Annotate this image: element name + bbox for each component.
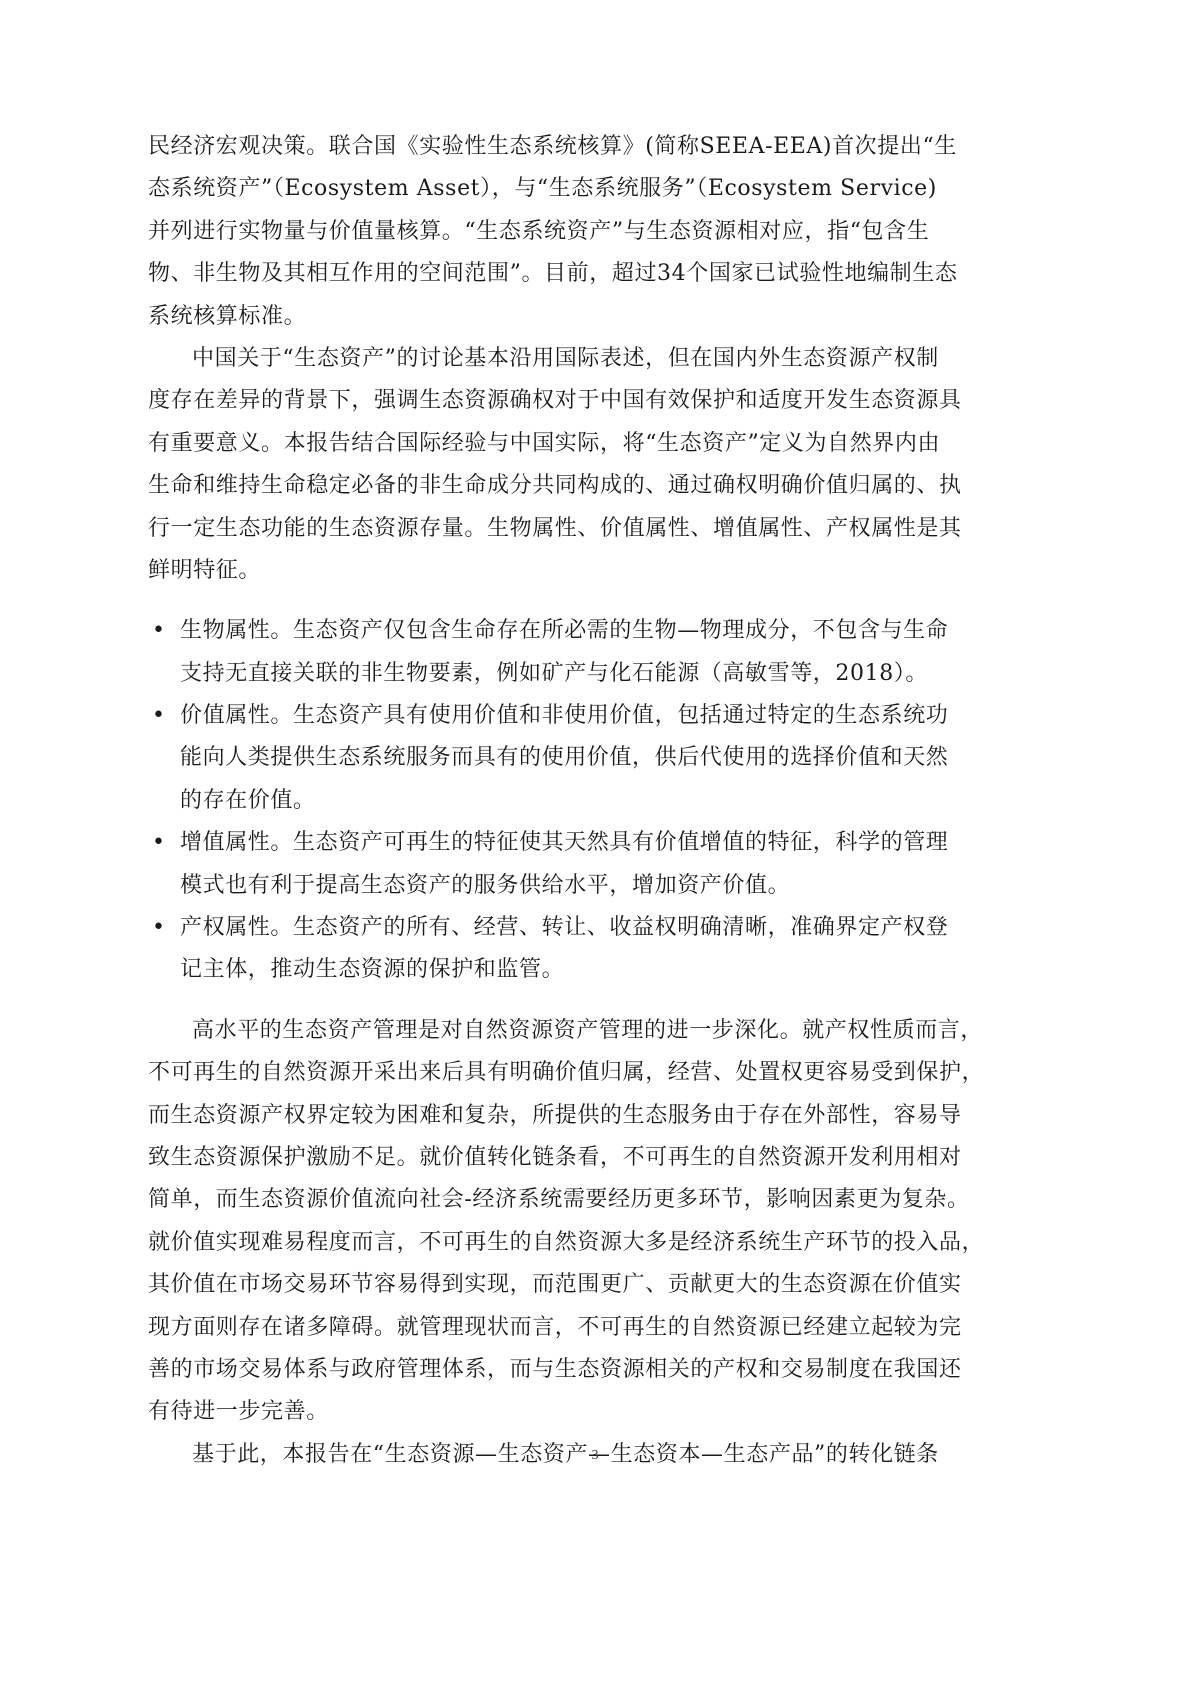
text-line: 能向人类提供生态系统服务而具有的使用价值，供后代使用的选择价值和天然 (148, 737, 964, 779)
text-line: 不可再生的自然资源开采出来后具有明确价值归属，经营、处置权更容易受到保护， (148, 1052, 964, 1094)
text-line: 产权属性。生态资产的所有、经营、转让、收益权明确清晰，准确界定产权登 (180, 915, 948, 940)
document-page: 民经济宏观决策。联合国《实验性生态系统核算》(简称SEEA-EEA)首次提出“生… (148, 126, 964, 1476)
text-line: 善的市场交易体系与政府管理体系，而与生态资源相关的产权和交易制度在我国还 (148, 1349, 964, 1391)
text-line: 行一定生态功能的生态资源存量。生物属性、价值属性、增值属性、产权属性是其 (148, 508, 964, 550)
text-line: 而生态资源产权界定较为困难和复杂，所提供的生态服务由于存在外部性，容易导 (148, 1095, 964, 1137)
text-line: 度存在差异的背景下，强调生态资源确权对于中国有效保护和适度开发生态资源具 (148, 380, 964, 422)
bullet-icon: • (152, 610, 166, 652)
text-line: 鲜明特征。 (148, 550, 964, 592)
text-line: 民经济宏观决策。联合国《实验性生态系统核算》(简称SEEA-EEA)首次提出“生 (148, 126, 964, 168)
spacer (148, 992, 964, 1010)
bullet-icon: • (152, 695, 166, 737)
page-number: 3 (0, 1448, 1190, 1464)
text-line: 高水平的生态资产管理是对自然资源资产管理的进一步深化。就产权性质而言， (148, 1010, 964, 1052)
paragraph-3: 高水平的生态资产管理是对自然资源资产管理的进一步深化。就产权性质而言， 不可再生… (148, 1010, 964, 1434)
text-line: 模式也有利于提高生态资产的服务供给水平，增加资产价值。 (148, 865, 964, 907)
text-line: 记主体，推动生态资源的保护和监管。 (148, 949, 964, 991)
bullet-item-value: • 价值属性。生态资产具有使用价值和非使用价值，包括通过特定的生态系统功 能向人… (148, 695, 964, 822)
text-line: 其价值在市场交易环节容易得到实现，而范围更广、贡献更大的生态资源在价值实 (148, 1264, 964, 1306)
bullet-item-property-rights: • 产权属性。生态资产的所有、经营、转让、收益权明确清晰，准确界定产权登 记主体… (148, 907, 964, 992)
bullet-icon: • (152, 907, 166, 949)
text-line: 价值属性。生态资产具有使用价值和非使用价值，包括通过特定的生态系统功 (180, 703, 948, 728)
text-line: 支持无直接关联的非生物要素，例如矿产与化石能源（高敏雪等，2018）。 (148, 653, 964, 695)
spacer (148, 592, 964, 610)
text-line: 生命和维持生命稳定必备的非生命成分共同构成的、通过确权明确价值归属的、执 (148, 465, 964, 507)
text-line: 有重要意义。本报告结合国际经验与中国实际，将“生态资产”定义为自然界内由 (148, 423, 964, 465)
text-line: 增值属性。生态资产可再生的特征使其天然具有价值增值的特征，科学的管理 (180, 830, 948, 855)
text-line: 并列进行实物量与价值量核算。“生态系统资产”与生态资源相对应，指“包含生 (148, 211, 964, 253)
text-line: 就价值实现难易程度而言，不可再生的自然资源大多是经济系统生产环节的投入品， (148, 1222, 964, 1264)
text-line: 态系统资产”（Ecosystem Asset），与“生态系统服务”（Ecosys… (148, 168, 964, 210)
text-line: 简单，而生态资源价值流向社会-经济系统需要经历更多环节，影响因素更为复杂。 (148, 1179, 964, 1221)
bullet-item-appreciation: • 增值属性。生态资产可再生的特征使其天然具有价值增值的特征，科学的管理 模式也… (148, 822, 964, 907)
paragraph-2: 中国关于“生态资产”的讨论基本沿用国际表述，但在国内外生态资源产权制 度存在差异… (148, 338, 964, 592)
text-line: 生物属性。生态资产仅包含生命存在所必需的生物—物理成分，不包含与生命 (180, 618, 948, 643)
text-line: 物、非生物及其相互作用的空间范围”。目前，超过34个国家已试验性地编制生态 (148, 253, 964, 295)
text-line: 致生态资源保护激励不足。就价值转化链条看，不可再生的自然资源开发利用相对 (148, 1137, 964, 1179)
text-line: 有待进一步完善。 (148, 1391, 964, 1433)
text-line: 的存在价值。 (148, 780, 964, 822)
text-line: 现方面则存在诸多障碍。就管理现状而言，不可再生的自然资源已经建立起较为完 (148, 1307, 964, 1349)
bullet-icon: • (152, 822, 166, 864)
text-line: 系统核算标准。 (148, 296, 964, 338)
paragraph-1: 民经济宏观决策。联合国《实验性生态系统核算》(简称SEEA-EEA)首次提出“生… (148, 126, 964, 338)
bullet-list: • 生物属性。生态资产仅包含生命存在所必需的生物—物理成分，不包含与生命 支持无… (148, 610, 964, 992)
bullet-item-biological: • 生物属性。生态资产仅包含生命存在所必需的生物—物理成分，不包含与生命 支持无… (148, 610, 964, 695)
text-line: 中国关于“生态资产”的讨论基本沿用国际表述，但在国内外生态资源产权制 (148, 338, 964, 380)
